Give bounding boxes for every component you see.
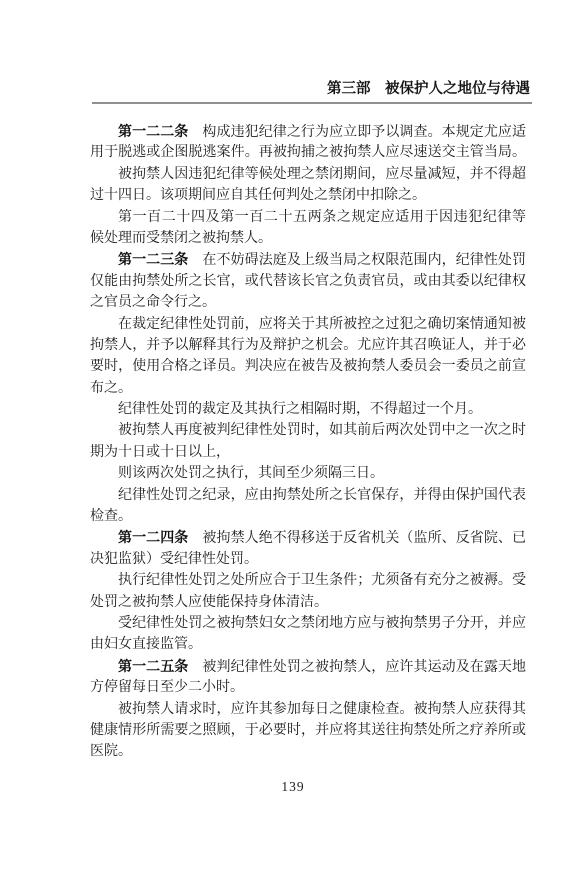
text-line: 被拘禁人请求时，应许其参加每日之健康检查。被拘禁人应获得其 [90, 699, 526, 720]
line-text: 期为十日或十日以上， [90, 445, 230, 460]
line-text: 纪律性处罚的裁定及其执行之相隔时期，不得超过一个月。 [118, 402, 482, 417]
text-line: 受纪律性处罚之被拘禁妇女之禁闭地方应与被拘禁男子分开，并应 [90, 613, 526, 634]
line-text: 由妇女直接监管。 [90, 637, 202, 652]
text-line: 用于脱逃或企图脱逃案件。再被拘捕之被拘禁人应尽速送交主管当局。 [90, 142, 526, 163]
text-line: 过十四日。该项期间应自其任何判处之禁闭中扣除之。 [90, 185, 526, 206]
text-line: 第一二四条 被拘禁人绝不得移送于反省机关（监所、反省院、已 [90, 527, 526, 548]
text-line: 被拘禁人再度被判纪律性处罚时，如其前后两次处罚中之一次之时 [90, 420, 526, 441]
line-text: 用于脱逃或企图脱逃案件。再被拘捕之被拘禁人应尽速送交主管当局。 [90, 145, 526, 160]
text-line: 要时，使用合格之译员。判决应在被告及被拘禁人委员会一委员之前宣 [90, 356, 526, 377]
text-line: 在裁定纪律性处罚前，应将关于其所被控之过犯之确切案情通知被 [90, 314, 526, 335]
line-text: 健康情形所需要之照顾，于必要时，并应将其送往拘禁处所之疗养所或 [90, 723, 526, 738]
line-text: 被拘禁人请求时，应许其参加每日之健康检查。被拘禁人应获得其 [118, 702, 526, 717]
running-head-text: 第三部 被保护人之地位与待遇 [327, 81, 530, 97]
text-line: 之官员之命令行之。 [90, 292, 526, 313]
text-line: 候处理而受禁闭之被拘禁人。 [90, 228, 526, 249]
text-line: 则该两次处罚之执行，其间至少须隔三日。 [90, 463, 526, 484]
line-text: 被拘禁人再度被判纪律性处罚时，如其前后两次处罚中之一次之时 [118, 423, 526, 438]
line-text: 医院。 [90, 744, 132, 759]
text-line: 被拘禁人因违犯纪律等候处理之禁闭期间，应尽量减短，并不得超 [90, 164, 526, 185]
text-line: 医院。 [90, 741, 526, 762]
line-text: 决犯监狱）受纪律性处罚。 [90, 552, 258, 567]
line-text: 纪律性处罚之纪录，应由拘禁处所之长官保存，并得由保护国代表 [118, 488, 526, 503]
line-text: 处罚之被拘禁人应使能保持身体清洁。 [90, 595, 328, 610]
line-text: 被拘禁人因违犯纪律等候处理之禁闭期间，应尽量减短，并不得超 [118, 167, 526, 182]
line-text: 在裁定纪律性处罚前，应将关于其所被控之过犯之确切案情通知被 [118, 317, 526, 332]
text-line: 纪律性处罚的裁定及其执行之相隔时期，不得超过一个月。 [90, 399, 526, 420]
text-line: 期为十日或十日以上， [90, 442, 526, 463]
text-line: 检查。 [90, 506, 526, 527]
text-line: 第一二二条 构成违犯纪律之行为应立即予以调查。本规定尤应适 [90, 121, 526, 142]
article-number: 第一二四条 [118, 529, 188, 545]
line-text: 要时，使用合格之译员。判决应在被告及被拘禁人委员会一委员之前宣 [90, 359, 526, 374]
running-head: 第三部 被保护人之地位与待遇 [88, 81, 530, 97]
line-text: 之官员之命令行之。 [90, 295, 216, 310]
text-line: 布之。 [90, 378, 526, 399]
line-text: 在不妨碍法庭及上级当局之权限范围内，纪律性处罚 [188, 253, 526, 268]
line-text: 仅能由拘禁处所之长官，或代替该长官之负责官员，或由其委以纪律权 [90, 274, 526, 289]
text-line: 方停留每日至少二小时。 [90, 677, 526, 698]
article-number: 第一二二条 [118, 123, 188, 139]
text-line: 第一百二十四及第一百二十五两条之规定应适用于因违犯纪律等 [90, 207, 526, 228]
line-text: 方停留每日至少二小时。 [90, 680, 244, 695]
line-text: 执行纪律性处罚之处所应合于卫生条件；尤须备有充分之被褥。受 [118, 573, 526, 588]
line-text: 过十四日。该项期间应自其任何判处之禁闭中扣除之。 [90, 188, 426, 203]
text-line: 第一二三条 在不妨碍法庭及上级当局之权限范围内，纪律性处罚 [90, 249, 526, 270]
text-line: 由妇女直接监管。 [90, 634, 526, 655]
document-page: 第三部 被保护人之地位与待遇 第一二二条 构成违犯纪律之行为应立即予以调查。本规… [0, 0, 586, 869]
line-text: 布之。 [90, 381, 132, 396]
article-number: 第一二三条 [118, 251, 188, 267]
text-line: 健康情形所需要之照顾，于必要时，并应将其送往拘禁处所之疗养所或 [90, 720, 526, 741]
text-line: 仅能由拘禁处所之长官，或代替该长官之负责官员，或由其委以纪律权 [90, 271, 526, 292]
text-line: 纪律性处罚之纪录，应由拘禁处所之长官保存，并得由保护国代表 [90, 485, 526, 506]
text-line: 执行纪律性处罚之处所应合于卫生条件；尤须备有充分之被褥。受 [90, 570, 526, 591]
line-text: 检查。 [90, 509, 132, 524]
text-line: 第一二五条 被判纪律性处罚之被拘禁人，应许其运动及在露天地 [90, 656, 526, 677]
text-line: 处罚之被拘禁人应使能保持身体清洁。 [90, 592, 526, 613]
line-text: 则该两次处罚之执行，其间至少须隔三日。 [118, 466, 384, 481]
line-text: 第一百二十四及第一百二十五两条之规定应适用于因违犯纪律等 [118, 210, 526, 225]
page-number: 139 [0, 779, 586, 795]
line-text: 被拘禁人绝不得移送于反省机关（监所、反省院、已 [188, 531, 526, 546]
article-number: 第一二五条 [118, 658, 188, 674]
text-line: 决犯监狱）受纪律性处罚。 [90, 549, 526, 570]
line-text: 拘禁人，并予以解释其行为及辩护之机会。尤应许其召唤证人，并于必 [90, 338, 526, 353]
line-text: 构成违犯纪律之行为应立即予以调查。本规定尤应适 [188, 125, 526, 140]
line-text: 候处理而受禁闭之被拘禁人。 [90, 231, 272, 246]
header-rule [92, 102, 532, 104]
page-body: 第一二二条 构成违犯纪律之行为应立即予以调查。本规定尤应适用于脱逃或企图脱逃案件… [90, 121, 526, 763]
line-text: 被判纪律性处罚之被拘禁人，应许其运动及在露天地 [188, 660, 526, 675]
line-text: 受纪律性处罚之被拘禁妇女之禁闭地方应与被拘禁男子分开，并应 [118, 616, 526, 631]
text-line: 拘禁人，并予以解释其行为及辩护之机会。尤应许其召唤证人，并于必 [90, 335, 526, 356]
